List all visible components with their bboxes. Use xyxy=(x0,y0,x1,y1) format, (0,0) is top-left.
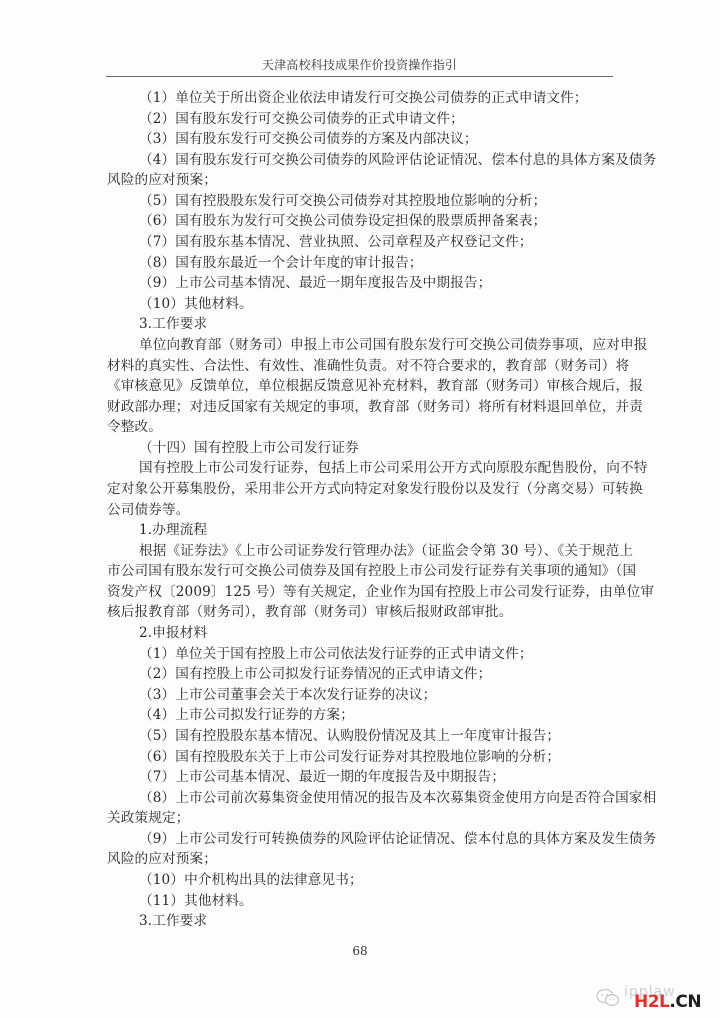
text-line: 关政策规定； xyxy=(107,808,612,829)
text-line: （9）上市公司发行可转换债券的风险评估论证情况、偿本付息的具体方案及发生债务 xyxy=(107,829,612,850)
text-line: 令整改。 xyxy=(107,417,612,438)
text-line: 3.工作要求 xyxy=(107,911,612,932)
text-line: 国有控股上市公司发行证券，包括上市公司采用公开方式向原股东配售股份，向不特 xyxy=(107,458,612,479)
wechat-icon xyxy=(596,988,620,1008)
text-line: 风险的应对预案； xyxy=(107,170,612,191)
text-line: （8）国有股东最近一个会计年度的审计报告； xyxy=(107,253,612,274)
text-line: （8）上市公司前次募集资金使用情况的报告及本次募集资金使用方向是否符合国家相 xyxy=(107,788,612,809)
text-line: （3）国有股东发行可交换公司债券的方案及内部决议； xyxy=(107,129,612,150)
text-line: （2）国有控股上市公司拟发行证券情况的正式申请文件； xyxy=(107,664,612,685)
text-line: （5）国有控股股东基本情况、认购股份情况及其上一年度审计报告； xyxy=(107,726,612,747)
text-line: 根据《证券法》《上市公司证券发行管理办法》（证监会令第 30 号）、《关于规范上 xyxy=(107,541,612,562)
text-line: （9）上市公司基本情况、最近一期年度报告及中期报告； xyxy=(107,273,612,294)
text-line: （1）单位关于国有控股上市公司依法发行证券的正式申请文件； xyxy=(107,644,612,665)
text-line: 材料的真实性、合法性、有效性、准确性负责。对不符合要求的，教育部（财务司）将 xyxy=(107,356,612,377)
text-line: （6）国有控股股东关于上市公司发行证券对其控股地位影响的分析； xyxy=(107,747,612,768)
text-line: （5）国有控股股东发行可交换公司债券对其控股地位影响的分析； xyxy=(107,191,612,212)
text-line: 3.工作要求 xyxy=(107,314,612,335)
text-line: （十四）国有控股上市公司发行证券 xyxy=(107,438,612,459)
text-line: 公司债券等。 xyxy=(107,500,612,521)
brand-prefix: H2L xyxy=(634,992,669,1012)
brand-suffix: .CN xyxy=(669,992,701,1012)
text-line: 财政部办理；对违反国家有关规定的事项，教育部（财务司）将所有材料退回单位，并责 xyxy=(107,397,612,418)
running-header: 天津高校科技成果作价投资操作指引 xyxy=(106,58,613,72)
text-line: 《审核意见》反馈单位，单位根据反馈意见补充材料，教育部（财务司）审核合规后，报 xyxy=(107,376,612,397)
document-page: 天津高校科技成果作价投资操作指引 （1）单位关于所出资企业依法申请发行可交换公司… xyxy=(0,0,720,1018)
text-line: 核后报教育部（财务司），教育部（财务司）审核后报财政部审批。 xyxy=(107,602,612,623)
watermark-brand: H2L.CN xyxy=(634,992,701,1012)
text-line: （11）其他材料。 xyxy=(107,891,612,912)
text-line: 2.申报材料 xyxy=(107,623,612,644)
text-line: （7）上市公司基本情况、最近一期的年度报告及中期报告； xyxy=(107,767,612,788)
text-line: （1）单位关于所出资企业依法申请发行可交换公司债券的正式申请文件； xyxy=(107,88,612,109)
text-line: 1.办理流程 xyxy=(107,520,612,541)
text-line: （10）中介机构出具的法律意见书； xyxy=(107,870,612,891)
text-line: 定对象公开募集股份，采用非公开方式向特定对象发行股份以及发行（分离交易）可转换 xyxy=(107,479,612,500)
header-divider xyxy=(106,76,613,77)
text-line: （2）国有股东发行可交换公司债券的正式申请文件； xyxy=(107,109,612,130)
text-line: （4）国有股东发行可交换公司债券的风险评估论证情况、偿本付息的具体方案及债务 xyxy=(107,150,612,171)
text-line: （6）国有股东为发行可交换公司债券设定担保的股票质押备案表； xyxy=(107,211,612,232)
text-line: （10）其他材料。 xyxy=(107,294,612,315)
text-line: （3）上市公司董事会关于本次发行证券的决议； xyxy=(107,685,612,706)
page-number: 68 xyxy=(340,944,380,958)
text-line: 市公司国有股东发行可交换公司债券及国有控股上市公司发行证券有关事项的通知》（国 xyxy=(107,561,612,582)
text-line: （7）国有股东基本情况、营业执照、公司章程及产权登记文件； xyxy=(107,232,612,253)
text-line: 资发产权〔2009〕125 号）等有关规定，企业作为国有控股上市公司发行证券，由… xyxy=(107,582,612,603)
document-body: （1）单位关于所出资企业依法申请发行可交换公司债券的正式申请文件；（2）国有股东… xyxy=(107,88,612,932)
watermark: ipplaw H2L.CN xyxy=(596,984,720,1012)
text-line: 单位向教育部（财务司）申报上市公司国有股东发行可交换公司债券事项，应对申报 xyxy=(107,335,612,356)
text-line: 风险的应对预案； xyxy=(107,849,612,870)
text-line: （4）上市公司拟发行证券的方案； xyxy=(107,705,612,726)
